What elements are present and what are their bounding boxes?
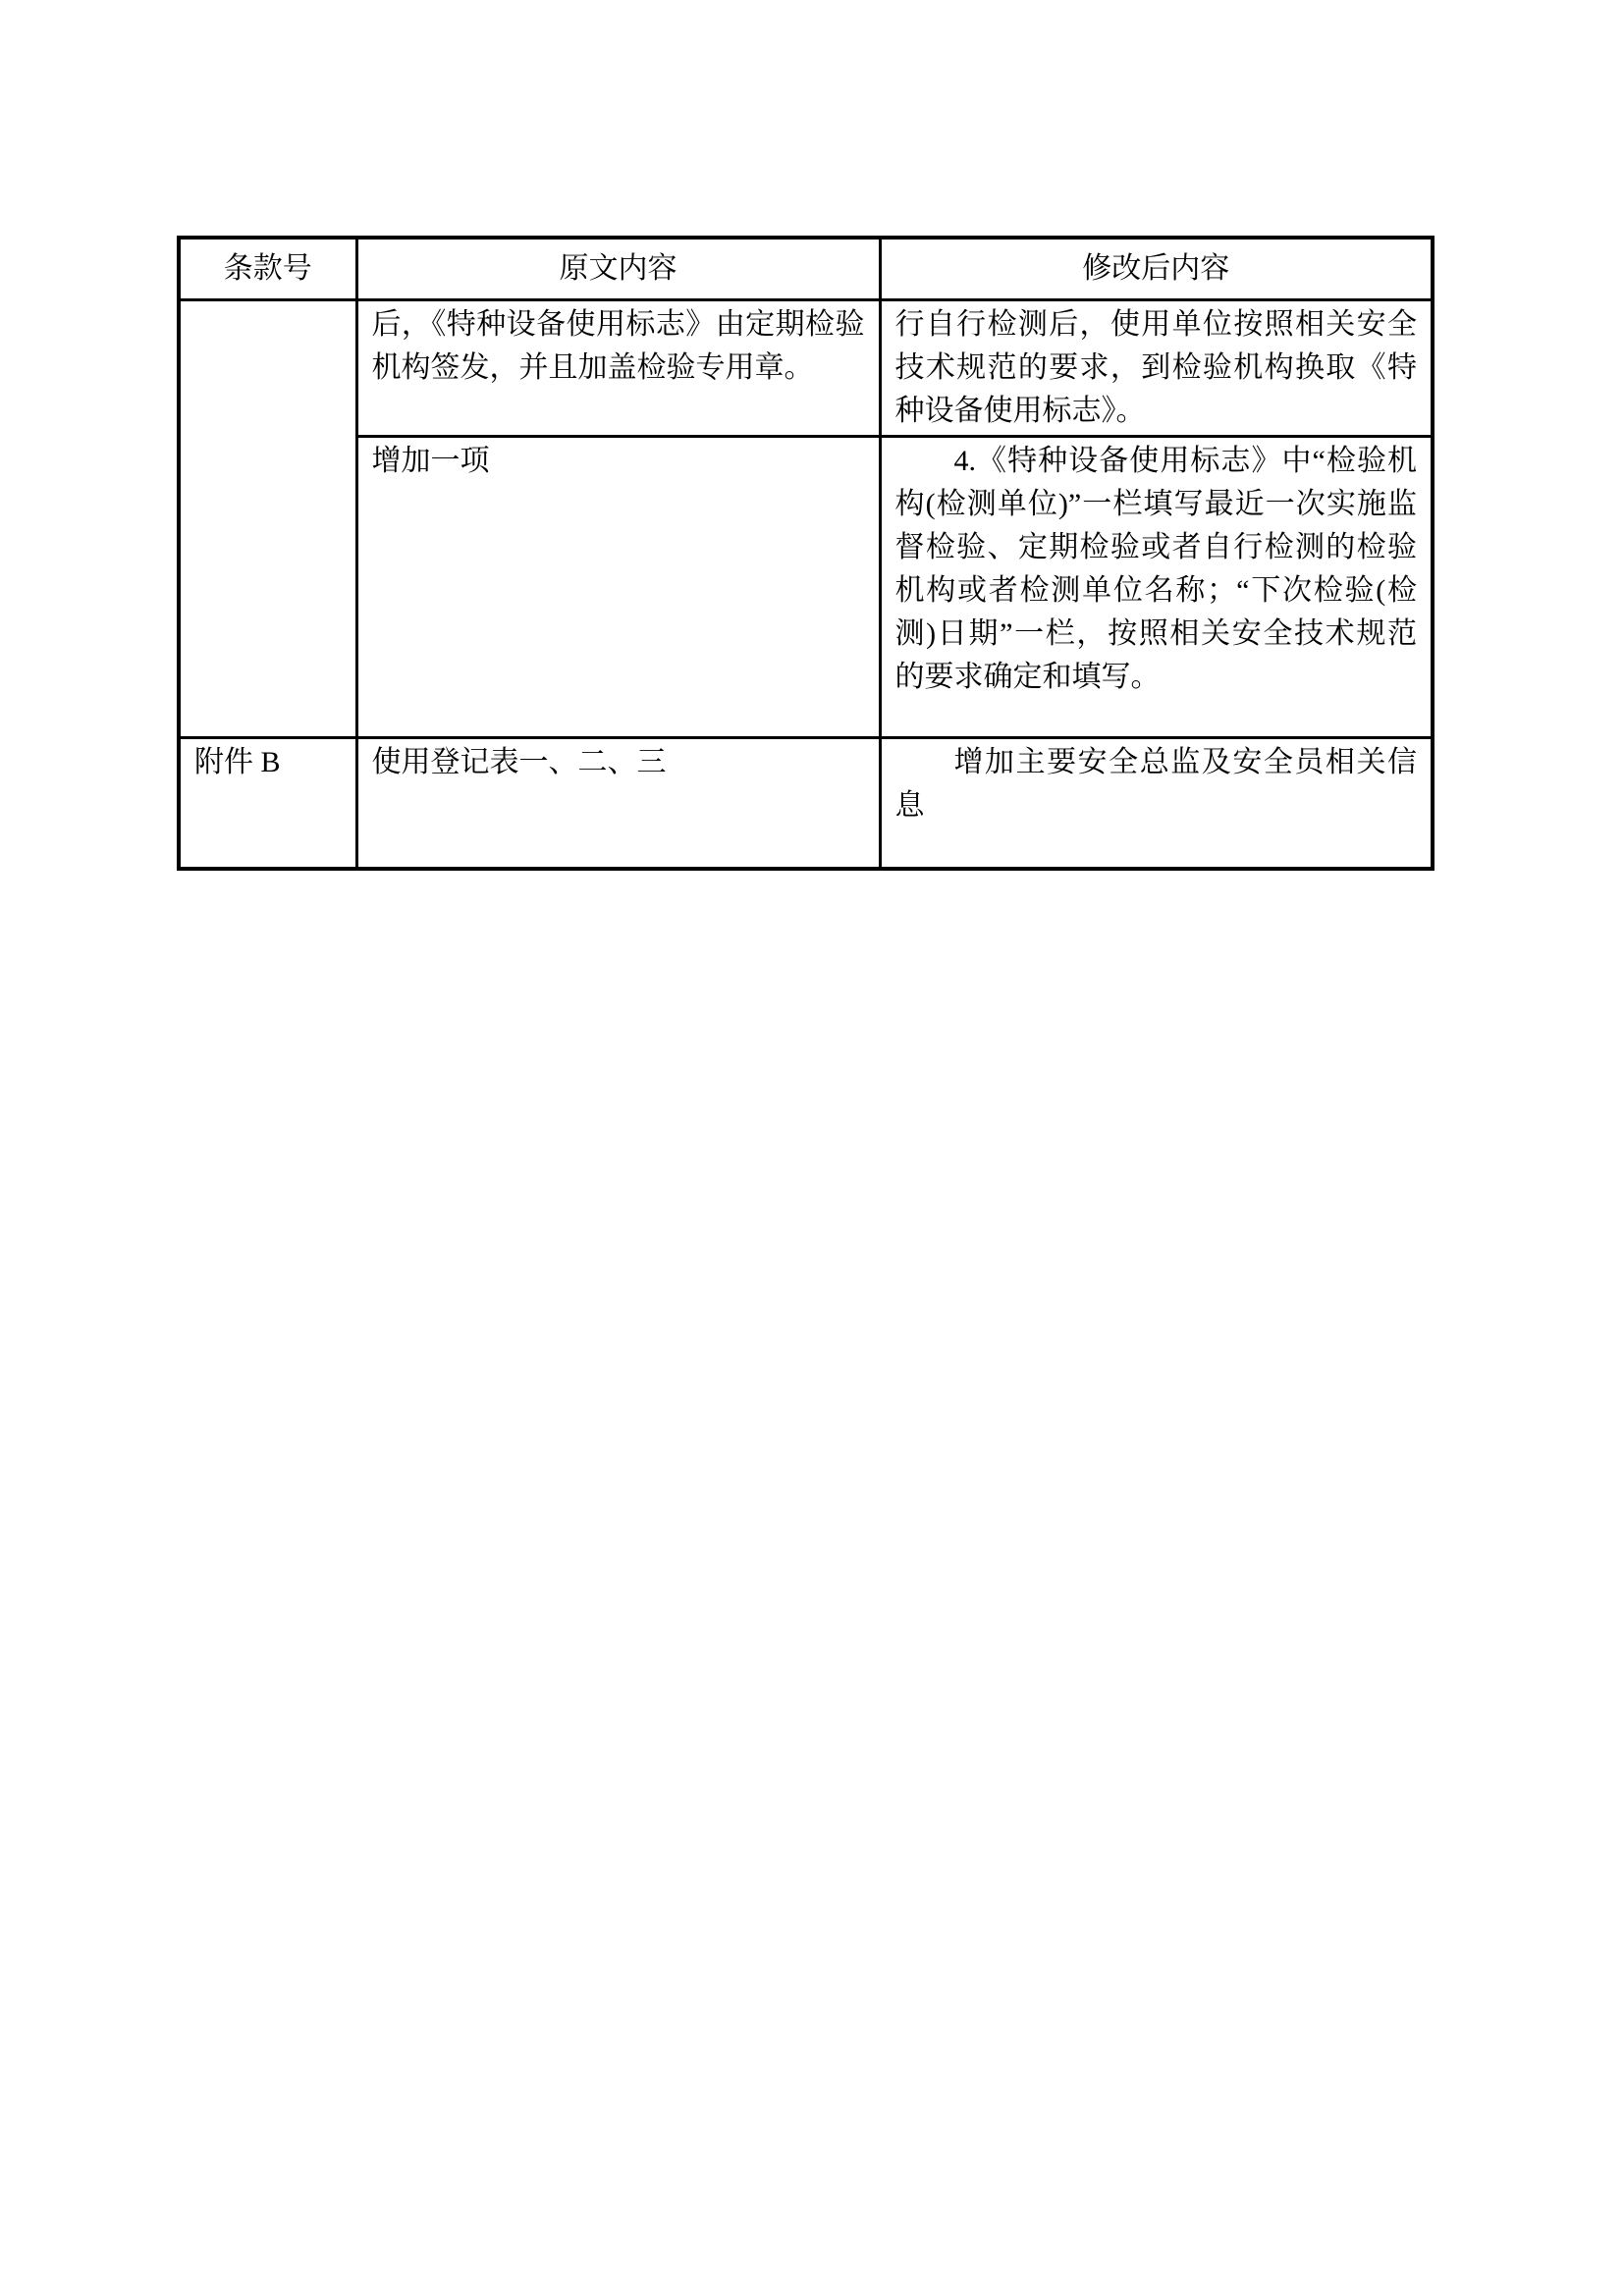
table-row: 后，《特种设备使用标志》由定期检验机构签发，并且加盖检验专用章。 行自行检测后，…: [179, 300, 1433, 437]
original-content-cell: 增加一项: [356, 437, 880, 738]
clause-cell-merged-empty: [179, 300, 356, 738]
table-row: 附件 B 使用登记表一、二、三 增加主要安全总监及安全员相关信息: [179, 738, 1433, 870]
revised-content-paragraph: 增加主要安全总监及安全员相关信息: [895, 741, 1418, 828]
revised-content-cell: 行自行检测后，使用单位按照相关安全技术规范的要求，到检验机构换取《特种设备使用标…: [880, 300, 1433, 437]
header-cell-original-content: 原文内容: [356, 238, 880, 300]
original-content-cell: 使用登记表一、二、三: [356, 738, 880, 870]
revised-content-cell: 增加主要安全总监及安全员相关信息: [880, 738, 1433, 870]
table-row: 增加一项 4.《特种设备使用标志》中“检验机构(检测单位)”一栏填写最近一次实施…: [179, 437, 1433, 738]
revised-content-paragraph: 4.《特种设备使用标志》中“检验机构(检测单位)”一栏填写最近一次实施监督检验、…: [895, 440, 1418, 699]
header-cell-revised-content: 修改后内容: [880, 238, 1433, 300]
header-cell-clause-number: 条款号: [179, 238, 356, 300]
original-content-cell: 后，《特种设备使用标志》由定期检验机构签发，并且加盖检验专用章。: [356, 300, 880, 437]
document-page: 条款号 原文内容 修改后内容 后，《特种设备使用标志》由定期检验机构签发，并且加…: [0, 0, 1624, 2296]
table-header-row: 条款号 原文内容 修改后内容: [179, 238, 1433, 300]
revision-comparison-table: 条款号 原文内容 修改后内容 后，《特种设备使用标志》由定期检验机构签发，并且加…: [177, 236, 1435, 871]
clause-cell: 附件 B: [179, 738, 356, 870]
revised-content-cell: 4.《特种设备使用标志》中“检验机构(检测单位)”一栏填写最近一次实施监督检验、…: [880, 437, 1433, 738]
